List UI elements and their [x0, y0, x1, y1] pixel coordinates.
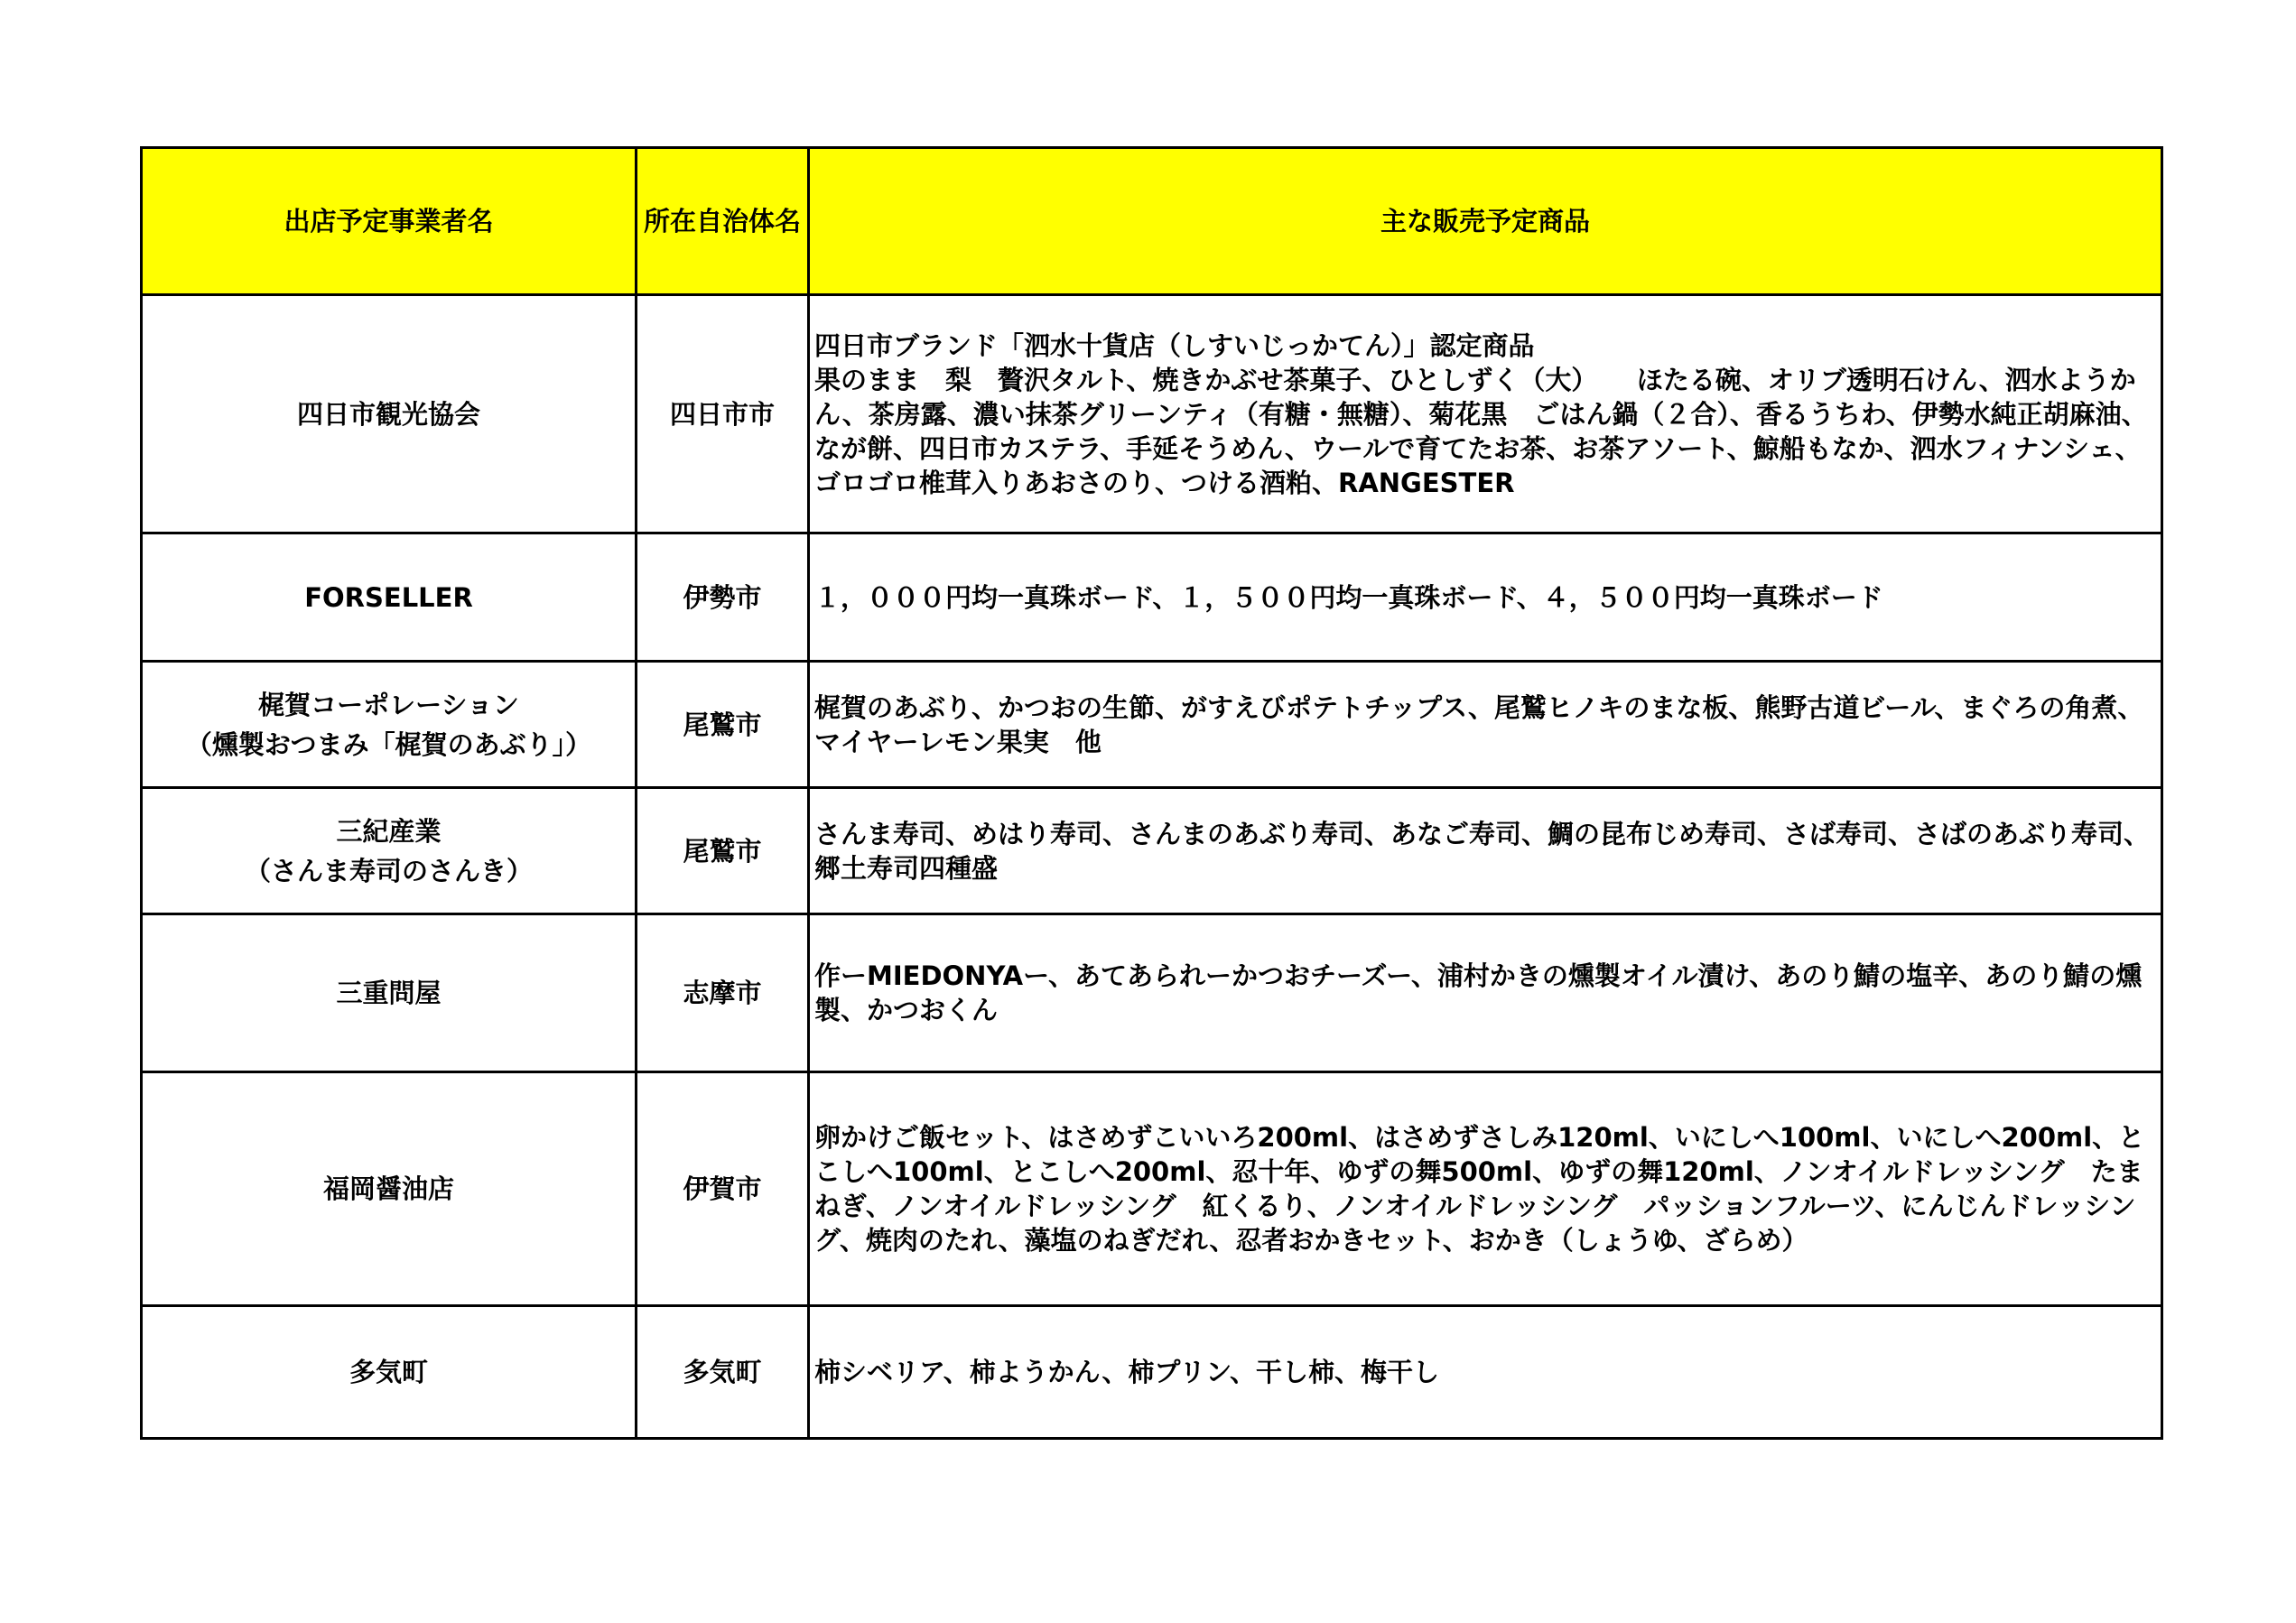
- products-cell: さんま寿司、めはり寿司、さんまのあぶり寿司、あなご寿司、鯛の昆布じめ寿司、さば寿…: [809, 788, 2162, 914]
- header-row: 出店予定事業者名 所在自治体名 主な販売予定商品: [142, 148, 2162, 295]
- business-name-cell: FORSELLER: [142, 533, 637, 662]
- products-cell: １，０００円均一真珠ボード、１，５００円均一真珠ボード、４，５００円均一真珠ボー…: [809, 533, 2162, 662]
- table-row: 四日市観光協会 四日市市 四日市ブランド「泗水十貨店（しすいじっかてん）」認定商…: [142, 295, 2162, 533]
- municipality-cell: 四日市市: [637, 295, 809, 533]
- products-cell: 四日市ブランド「泗水十貨店（しすいじっかてん）」認定商品 果のまま 梨 贅沢タル…: [809, 295, 2162, 533]
- products-cell: 卵かけご飯セット、はさめずこいいろ200ml、はさめずさしみ120ml、いにしへ…: [809, 1072, 2162, 1306]
- products-cell: 作ーMIEDONYAー、あてあられーかつおチーズー、浦村かきの燻製オイル漬け、あ…: [809, 914, 2162, 1072]
- table-row: 多気町 多気町 柿シベリア、柿ようかん、柿プリン、干し柿、梅干し: [142, 1306, 2162, 1439]
- municipality-cell: 尾鷲市: [637, 662, 809, 788]
- document-page: 出店予定事業者名 所在自治体名 主な販売予定商品 四日市観光協会 四日市市 四日…: [0, 0, 2296, 1623]
- table-row: 三重問屋 志摩市 作ーMIEDONYAー、あてあられーかつおチーズー、浦村かきの…: [142, 914, 2162, 1072]
- header-municipality: 所在自治体名: [637, 148, 809, 295]
- municipality-cell: 伊勢市: [637, 533, 809, 662]
- table-row: 福岡醤油店 伊賀市 卵かけご飯セット、はさめずこいいろ200ml、はさめずさしみ…: [142, 1072, 2162, 1306]
- products-cell: 柿シベリア、柿ようかん、柿プリン、干し柿、梅干し: [809, 1306, 2162, 1439]
- business-name-cell: 福岡醤油店: [142, 1072, 637, 1306]
- header-products: 主な販売予定商品: [809, 148, 2162, 295]
- header-business-name: 出店予定事業者名: [142, 148, 637, 295]
- municipality-cell: 志摩市: [637, 914, 809, 1072]
- business-name-cell: 三紀産業 （さんま寿司のさんき）: [142, 788, 637, 914]
- exhibitor-table: 出店予定事業者名 所在自治体名 主な販売予定商品 四日市観光協会 四日市市 四日…: [140, 146, 2163, 1440]
- table-row: FORSELLER 伊勢市 １，０００円均一真珠ボード、１，５００円均一真珠ボー…: [142, 533, 2162, 662]
- municipality-cell: 伊賀市: [637, 1072, 809, 1306]
- business-name-cell: 多気町: [142, 1306, 637, 1439]
- municipality-cell: 多気町: [637, 1306, 809, 1439]
- table-row: 梶賀コーポレーション （燻製おつまみ「梶賀のあぶり」） 尾鷲市 梶賀のあぶり、か…: [142, 662, 2162, 788]
- business-name-cell: 梶賀コーポレーション （燻製おつまみ「梶賀のあぶり」）: [142, 662, 637, 788]
- business-name-cell: 三重問屋: [142, 914, 637, 1072]
- business-name-cell: 四日市観光協会: [142, 295, 637, 533]
- products-cell: 梶賀のあぶり、かつおの生節、がすえびポテトチップス、尾鷲ヒノキのまな板、熊野古道…: [809, 662, 2162, 788]
- municipality-cell: 尾鷲市: [637, 788, 809, 914]
- table-row: 三紀産業 （さんま寿司のさんき） 尾鷲市 さんま寿司、めはり寿司、さんまのあぶり…: [142, 788, 2162, 914]
